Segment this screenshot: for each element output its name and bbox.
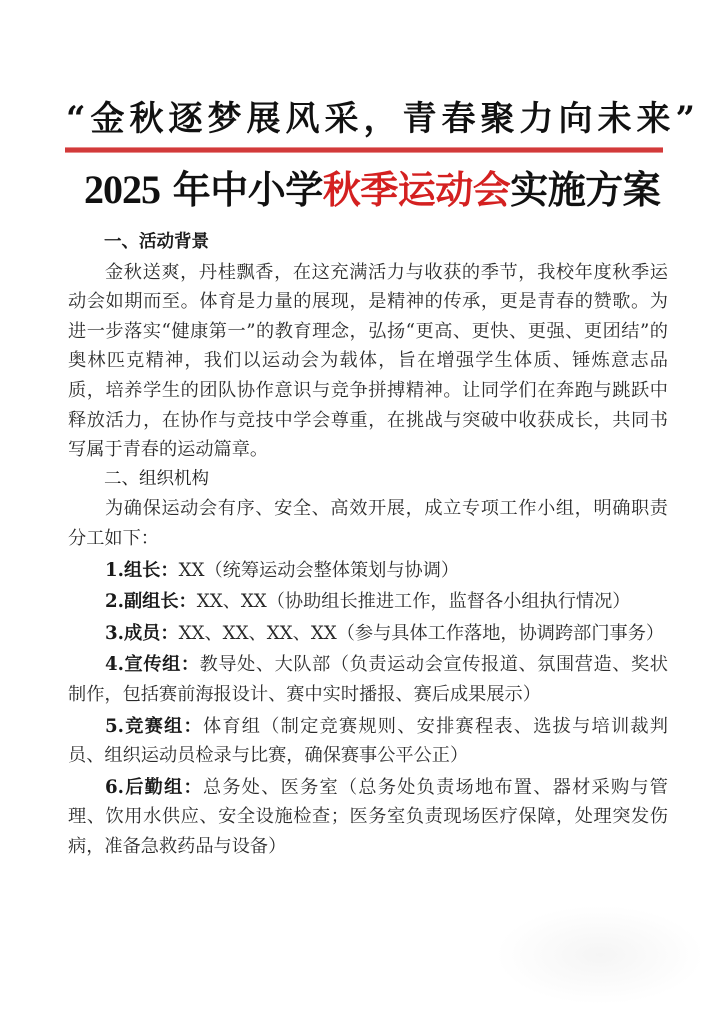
document-page: “金秋逐梦展风采，青春聚力向未来” 2025 年中小学秋季运动会实施方案 一、活… xyxy=(0,0,723,1024)
section-heading-organization: 二、组织机构 xyxy=(68,465,668,495)
document-title: 2025 年中小学秋季运动会实施方案 xyxy=(84,160,684,220)
org-item-deputy-leader: 2.副组长：XX、XX（协助组长推进工作，监督各小组执行情况） xyxy=(68,587,668,617)
org-item-members: 3.成员：XX、XX、XX、XX（参与具体工作落地，协调跨部门事务） xyxy=(68,619,668,649)
background-paragraph: 金秋送爽，丹桂飘香，在这充满活力与收获的季节，我校年度秋季运动会如期而至。体育是… xyxy=(68,258,668,465)
slogan-heading: “金秋逐梦展风采，青春聚力向未来” xyxy=(66,95,676,143)
faint-watermark xyxy=(495,905,705,1005)
org-item-leader: 1.组长：XX（统筹运动会整体策划与协调） xyxy=(68,556,668,586)
org-item-logistics-group: 6.后勤组：总务处、医务室（总务处负责场地布置、器材采购与管理、饮用水供应、安全… xyxy=(68,773,668,862)
org-item-text: XX、XX（协助组长推进工作，监督各小组执行情况） xyxy=(197,591,631,612)
org-item-label: 1.组长： xyxy=(105,560,179,581)
org-item-publicity-group: 4.宣传组：教导处、大队部（负责运动会宣传报道、氛围营造、奖状制作，包括赛前海报… xyxy=(68,650,668,709)
org-item-text: XX、XX、XX、XX（参与具体工作落地，协调跨部门事务） xyxy=(179,623,665,644)
org-item-label: 6.后勤组： xyxy=(105,777,203,798)
document-body: 一、活动背景 金秋送爽，丹桂飘香，在这充满活力与收获的季节，我校年度秋季运动会如… xyxy=(68,228,668,861)
title-year: 2025 xyxy=(84,167,160,212)
org-item-label: 4.宣传组： xyxy=(105,654,200,675)
title-part-2: 实施方案 xyxy=(510,167,660,212)
title-highlight: 秋季运动会 xyxy=(323,167,511,212)
org-item-competition-group: 5.竞赛组：体育组（制定竞赛规则、安排赛程表、选拔与培训裁判员、组织运动员检录与… xyxy=(68,712,668,771)
organization-intro: 为确保运动会有序、安全、高效开展，成立专项工作小组，明确职责分工如下： xyxy=(68,494,668,553)
section-heading-background: 一、活动背景 xyxy=(68,228,668,258)
org-item-label: 2.副组长： xyxy=(105,591,197,612)
org-item-text: XX（统筹运动会整体策划与协调） xyxy=(179,560,460,581)
red-divider-line xyxy=(65,147,663,153)
org-item-label: 5.竞赛组： xyxy=(105,716,203,737)
org-item-label: 3.成员： xyxy=(105,623,179,644)
title-part-1: 年中小学 xyxy=(160,167,323,212)
